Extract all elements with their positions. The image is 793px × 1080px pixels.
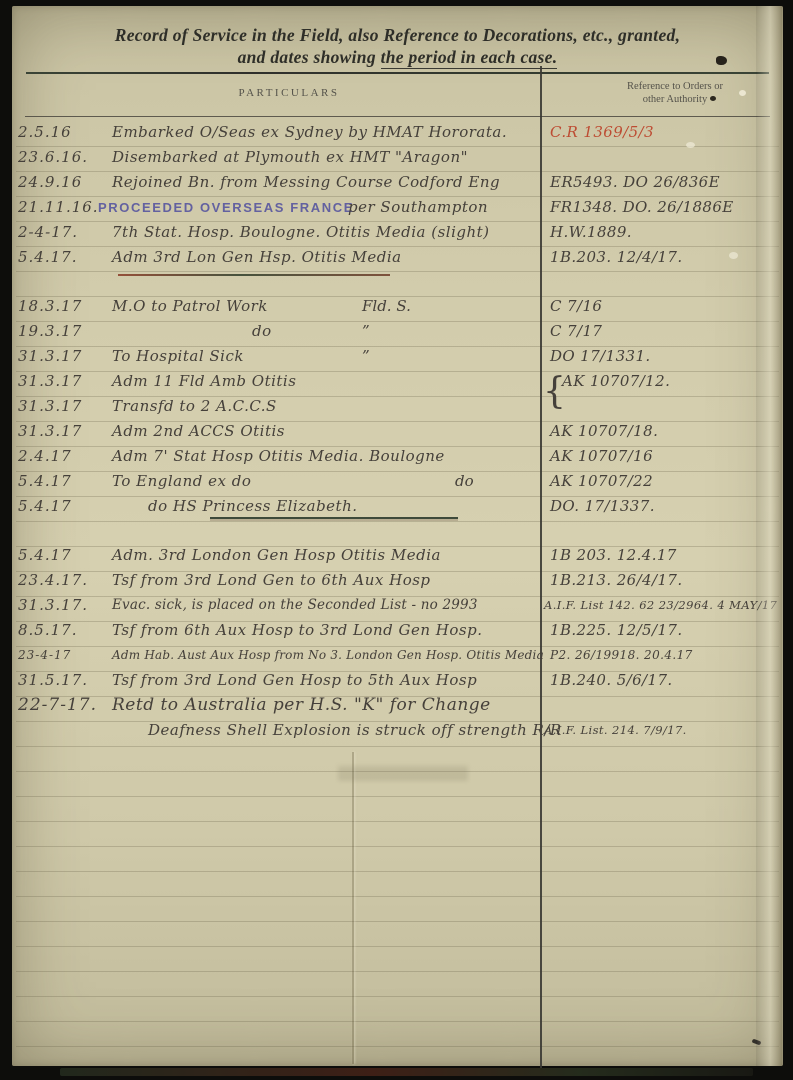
table-row: 2.5.16 Embarked O/Seas ex Sydney by HMAT… bbox=[0, 120, 793, 145]
table-row: 23-4-17 Adm Hab. Aust Aux Hosp from No 3… bbox=[0, 643, 793, 668]
table-row: 22-7-17. Retd to Australia per H.S. "K" … bbox=[0, 693, 793, 718]
row-reference: 1B 203. 12.4.17 bbox=[550, 543, 677, 568]
row-particulars: Transfd to 2 A.C.C.S bbox=[112, 394, 277, 419]
row-reference: DO. 17/1337. bbox=[550, 494, 655, 519]
row-particulars: To England ex do bbox=[112, 469, 251, 494]
table-row: 5.4.17 Adm. 3rd London Gen Hosp Otitis M… bbox=[0, 543, 793, 568]
table-row: 5.4.17 do HS Princess Elizabeth. { DO. 1… bbox=[0, 494, 793, 519]
row-date: 2.5.16 bbox=[18, 120, 72, 145]
row-reference: A.I.F. List. 214. 7/9/17. bbox=[544, 718, 687, 743]
table-row: 19.3.17 do ” { C 7/17 bbox=[0, 319, 793, 344]
row-particulars: 7th Stat. Hosp. Boulogne. Otitis Media (… bbox=[112, 220, 490, 245]
row-location-note: ” bbox=[362, 319, 370, 344]
row-reference: P2. 26/19918. 20.4.17 bbox=[550, 643, 693, 668]
row-date: 22-7-17. bbox=[18, 693, 97, 718]
row-date: 31.5.17. bbox=[18, 668, 88, 693]
row-date: 8.5.17. bbox=[18, 618, 77, 643]
row-reference: C.R 1369/5/3 bbox=[550, 120, 654, 145]
table-row: 31.5.17. Tsf from 3rd Lond Gen Hosp to 5… bbox=[0, 668, 793, 693]
row-reference: AK 10707/18. bbox=[550, 419, 658, 444]
table-row: 23.4.17. Tsf from 3rd Lond Gen to 6th Au… bbox=[0, 568, 793, 593]
row-date: 31.3.17 bbox=[18, 344, 82, 369]
row-particulars: To Hospital Sick bbox=[112, 344, 244, 369]
row-particulars: per Southampton bbox=[348, 195, 488, 220]
table-row: 5.4.17. Adm 3rd Lon Gen Hsp. Otitis Medi… bbox=[0, 245, 793, 270]
row-date: 24.9.16 bbox=[18, 170, 82, 195]
ink-bleedthrough-smudge bbox=[338, 766, 468, 781]
paper-crease bbox=[352, 752, 354, 1064]
row-date: 5.4.17 bbox=[18, 469, 72, 494]
table-row: 31.3.17 Adm 2nd ACCS Otitis { AK 10707/1… bbox=[0, 419, 793, 444]
row-particulars: Adm 3rd Lon Gen Hsp. Otitis Media bbox=[112, 245, 402, 270]
table-row: 18.3.17 M.O to Patrol Work Fld. S. { C 7… bbox=[0, 294, 793, 319]
row-date: 5.4.17. bbox=[18, 245, 77, 270]
row-date: 5.4.17 bbox=[18, 543, 72, 568]
paper-damage-spot bbox=[739, 90, 746, 96]
row-particulars: Adm 7' Stat Hosp Otitis Media. Boulogne bbox=[112, 444, 445, 469]
content-layer: 2.5.16 Embarked O/Seas ex Sydney by HMAT… bbox=[0, 0, 793, 1080]
table-row: 21.11.16. PROCEEDED OVERSEAS FRANCE per … bbox=[0, 195, 793, 220]
row-date: 2-4-17. bbox=[18, 220, 78, 245]
row-particulars: M.O to Patrol Work bbox=[112, 294, 268, 319]
row-date: 31.3.17 bbox=[18, 394, 82, 419]
row-reference: 1B.225. 12/5/17. bbox=[550, 618, 683, 643]
row-particulars: Tsf from 3rd Lond Gen to 6th Aux Hosp bbox=[112, 568, 431, 593]
table-row: 31.3.17 Adm 11 Fld Amb Otitis { AK 10707… bbox=[0, 369, 793, 394]
table-row: 31.3.17. Evac. sick, is placed on the Se… bbox=[0, 593, 793, 618]
row-reference: AK 10707/16 bbox=[550, 444, 653, 469]
table-row: 2-4-17. 7th Stat. Hosp. Boulogne. Otitis… bbox=[0, 220, 793, 245]
row-ditto-note: do bbox=[455, 469, 474, 494]
row-particulars: Evac. sick, is placed on the Seconded Li… bbox=[112, 593, 478, 618]
row-date: 21.11.16. bbox=[18, 195, 99, 220]
row-reference: C 7/17 bbox=[550, 319, 602, 344]
row-date: 31.3.17 bbox=[18, 419, 82, 444]
row-particulars: do HS Princess Elizabeth. bbox=[148, 494, 358, 519]
row-particulars: Adm 11 Fld Amb Otitis bbox=[112, 369, 296, 394]
row-reference: 1B.203. 12/4/17. bbox=[550, 245, 683, 270]
row-particulars: Embarked O/Seas ex Sydney by HMAT Horora… bbox=[112, 120, 507, 145]
row-reference: AK 10707/22 bbox=[550, 469, 653, 494]
row-date: 31.3.17. bbox=[18, 593, 88, 618]
table-row: 24.9.16 Rejoined Bn. from Messing Course… bbox=[0, 170, 793, 195]
paper-damage-spot bbox=[686, 142, 695, 148]
row-reference: 1B.213. 26/4/17. bbox=[550, 568, 683, 593]
row-reference: DO 17/1331. bbox=[550, 344, 651, 369]
row-date: 23.6.16. bbox=[18, 145, 88, 170]
row-location-note: ” bbox=[362, 344, 370, 369]
paper-damage-spot bbox=[716, 56, 727, 65]
row-particulars: Rejoined Bn. from Messing Course Codford… bbox=[112, 170, 500, 195]
row-particulars: Disembarked at Plymouth ex HMT "Aragon" bbox=[112, 145, 468, 170]
row-reference: 1B.240. 5/6/17. bbox=[550, 668, 673, 693]
table-row: 8.5.17. Tsf from 6th Aux Hosp to 3rd Lon… bbox=[0, 618, 793, 643]
scanned-document: Record of Service in the Field, also Ref… bbox=[0, 0, 793, 1080]
row-reference: ER5493. DO 26/836E bbox=[550, 170, 720, 195]
proceeded-overseas-stamp: PROCEEDED OVERSEAS FRANCE bbox=[98, 195, 354, 220]
paper-damage-spot bbox=[729, 252, 738, 259]
row-particulars: Tsf from 3rd Lond Gen Hosp to 5th Aux Ho… bbox=[112, 668, 477, 693]
row-reference: C 7/16 bbox=[550, 294, 602, 319]
row-date: 23.4.17. bbox=[18, 568, 88, 593]
row-particulars: Tsf from 6th Aux Hosp to 3rd Lond Gen Ho… bbox=[112, 618, 482, 643]
row-date: 23-4-17 bbox=[18, 643, 71, 668]
row-particulars: Deafness Shell Explosion is struck off s… bbox=[148, 718, 562, 743]
table-row: 5.4.17 To England ex do do { AK 10707/22 bbox=[0, 469, 793, 494]
row-date: 19.3.17 bbox=[18, 319, 82, 344]
row-particulars: do bbox=[252, 319, 272, 344]
service-rows: 2.5.16 Embarked O/Seas ex Sydney by HMAT… bbox=[0, 120, 793, 743]
row-reference: A.I.F. List 142. 62 23/2964. 4 MAY/17 bbox=[544, 593, 777, 618]
table-row: 31.3.17 To Hospital Sick ” { DO 17/1331. bbox=[0, 344, 793, 369]
row-particulars: Adm Hab. Aust Aux Hosp from No 3. London… bbox=[112, 643, 544, 668]
row-date: 5.4.17 bbox=[18, 494, 72, 519]
row-location-note: Fld. S. bbox=[362, 294, 411, 319]
table-row: Deafness Shell Explosion is struck off s… bbox=[0, 718, 793, 743]
row-particulars: Adm. 3rd London Gen Hosp Otitis Media bbox=[112, 543, 441, 568]
table-row: 31.3.17 Transfd to 2 A.C.C.S { bbox=[0, 394, 793, 419]
row-reference: H.W.1889. bbox=[550, 220, 632, 245]
table-row: 23.6.16. Disembarked at Plymouth ex HMT … bbox=[0, 145, 793, 170]
page-edge-curl bbox=[756, 6, 782, 1066]
row-reference: AK 10707/12. bbox=[562, 369, 670, 394]
row-date: 31.3.17 bbox=[18, 369, 82, 394]
row-date: 2.4.17 bbox=[18, 444, 72, 469]
row-reference: FR1348. DO. 26/1886E bbox=[550, 195, 734, 220]
row-date: 18.3.17 bbox=[18, 294, 82, 319]
paper-damage-spot bbox=[710, 96, 716, 101]
row-particulars: Adm 2nd ACCS Otitis bbox=[112, 419, 285, 444]
scan-bottom-edge bbox=[60, 1068, 753, 1076]
row-particulars: Retd to Australia per H.S. "K" for Chang… bbox=[112, 693, 491, 718]
table-row: 2.4.17 Adm 7' Stat Hosp Otitis Media. Bo… bbox=[0, 444, 793, 469]
